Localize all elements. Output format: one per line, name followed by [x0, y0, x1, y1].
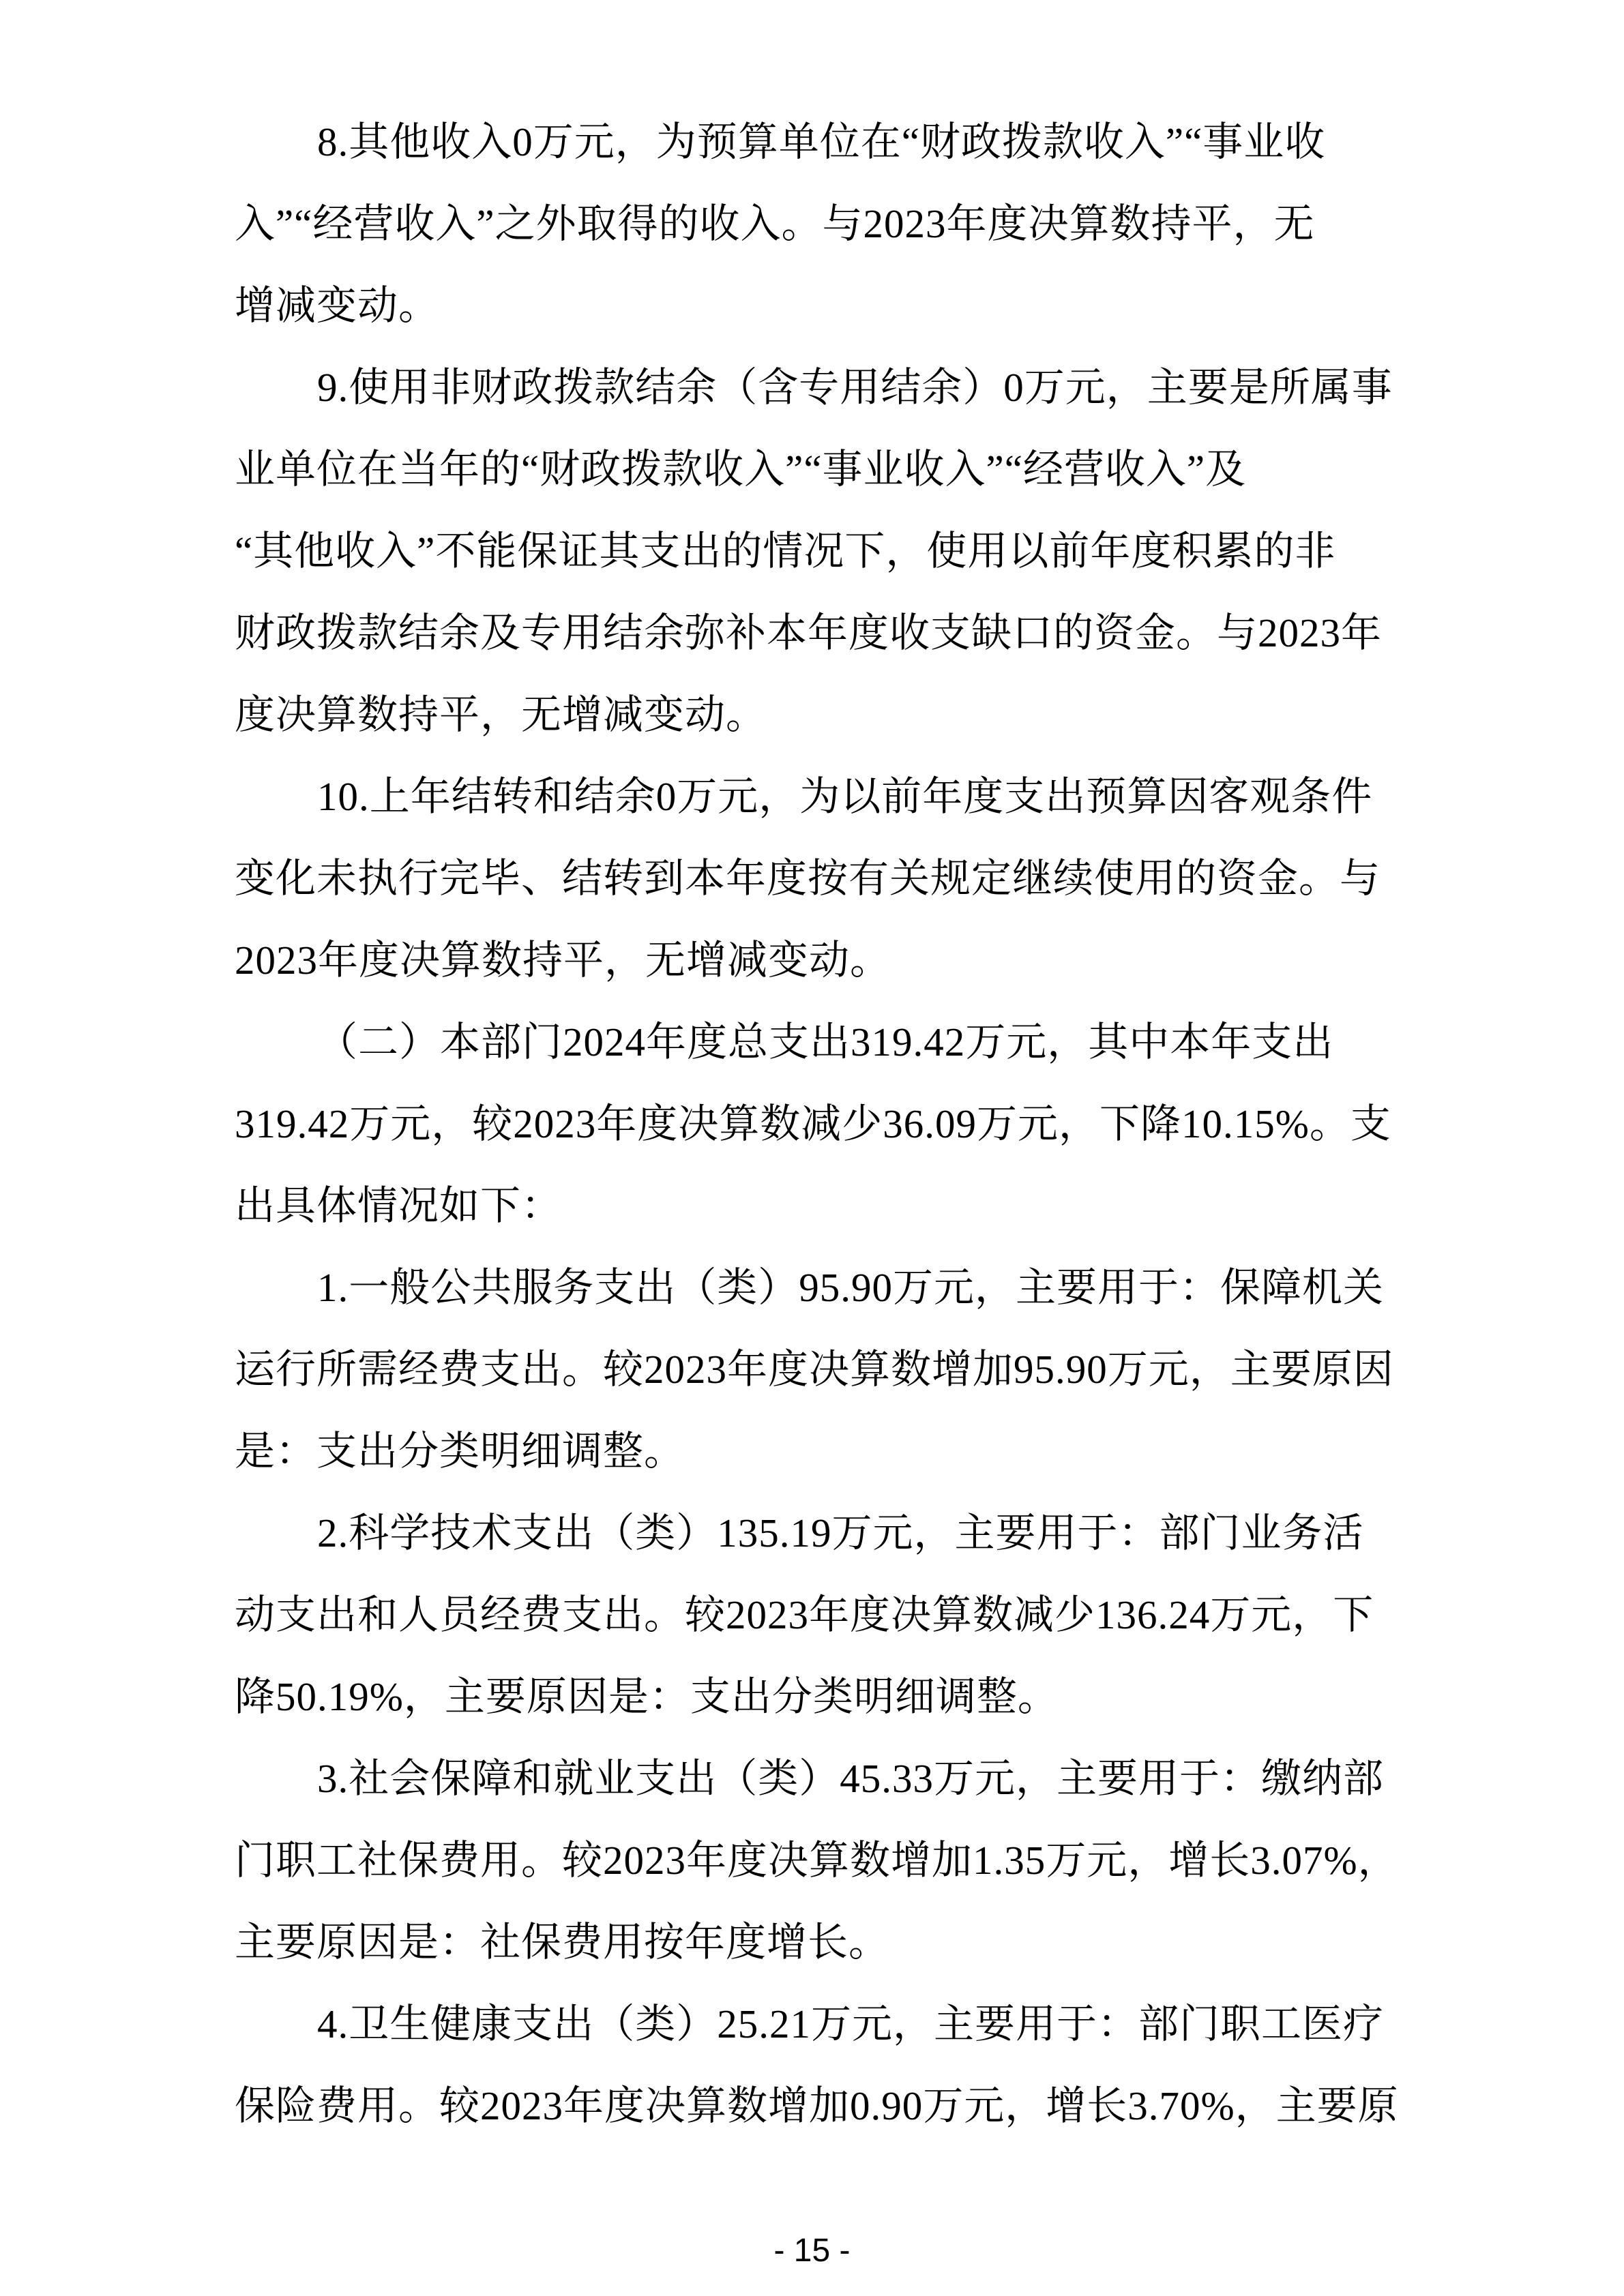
- paragraph-line: 财政拨款结余及专用结余弥补本年度收支缺口的资金。与2023年: [235, 592, 1401, 674]
- paragraph-line: 2.科学技术支出（类）135.19万元，主要用于：部门业务活: [235, 1492, 1401, 1574]
- paragraph-line: “其他收入”不能保证其支出的情况下，使用以前年度积累的非: [235, 510, 1401, 592]
- paragraph-line: 4.卫生健康支出（类）25.21万元，主要用于：部门职工医疗: [235, 1983, 1401, 2065]
- document-body: 8.其他收入0万元，为预算单位在“财政拨款收入”“事业收 入”“经营收入”之外取…: [235, 101, 1401, 2147]
- paragraph-line: 门职工社保费用。较2023年度决算数增加1.35万元，增长3.07%，: [235, 1819, 1401, 1901]
- paragraph-line: 出具体情况如下：: [235, 1165, 1401, 1247]
- paragraph-line: 8.其他收入0万元，为预算单位在“财政拨款收入”“事业收: [235, 101, 1401, 183]
- page-number: - 15 -: [0, 2231, 1624, 2271]
- paragraph-line: 降50.19%，主要原因是：支出分类明细调整。: [235, 1656, 1401, 1738]
- paragraph-line: 度决算数持平，无增减变动。: [235, 674, 1401, 756]
- paragraph-line: 是：支出分类明细调整。: [235, 1410, 1401, 1492]
- paragraph-line: 3.社会保障和就业支出（类）45.33万元，主要用于：缴纳部: [235, 1738, 1401, 1819]
- paragraph-line: 变化未执行完毕、结转到本年度按有关规定继续使用的资金。与: [235, 837, 1401, 919]
- paragraph-line: 9.使用非财政拨款结余（含专用结余）0万元，主要是所属事: [235, 346, 1401, 428]
- paragraph-line: （二）本部门2024年度总支出319.42万元，其中本年支出: [235, 1001, 1401, 1083]
- document-page: 8.其他收入0万元，为预算单位在“财政拨款收入”“事业收 入”“经营收入”之外取…: [0, 0, 1624, 2296]
- paragraph-line: 319.42万元，较2023年度决算数减少36.09万元，下降10.15%。支: [235, 1083, 1401, 1165]
- paragraph-line: 业单位在当年的“财政拨款收入”“事业收入”“经营收入”及: [235, 428, 1401, 510]
- paragraph-line: 动支出和人员经费支出。较2023年度决算数减少136.24万元，下: [235, 1574, 1401, 1656]
- paragraph-line: 10.上年结转和结余0万元，为以前年度支出预算因客观条件: [235, 756, 1401, 837]
- paragraph-line: 2023年度决算数持平，无增减变动。: [235, 919, 1401, 1001]
- paragraph-line: 入”“经营收入”之外取得的收入。与2023年度决算数持平，无: [235, 183, 1401, 265]
- paragraph-line: 增减变动。: [235, 265, 1401, 346]
- paragraph-line: 主要原因是：社保费用按年度增长。: [235, 1901, 1401, 1983]
- paragraph-line: 1.一般公共服务支出（类）95.90万元，主要用于：保障机关: [235, 1247, 1401, 1328]
- paragraph-line: 运行所需经费支出。较2023年度决算数增加95.90万元，主要原因: [235, 1328, 1401, 1410]
- paragraph-line: 保险费用。较2023年度决算数增加0.90万元，增长3.70%，主要原: [235, 2065, 1401, 2147]
